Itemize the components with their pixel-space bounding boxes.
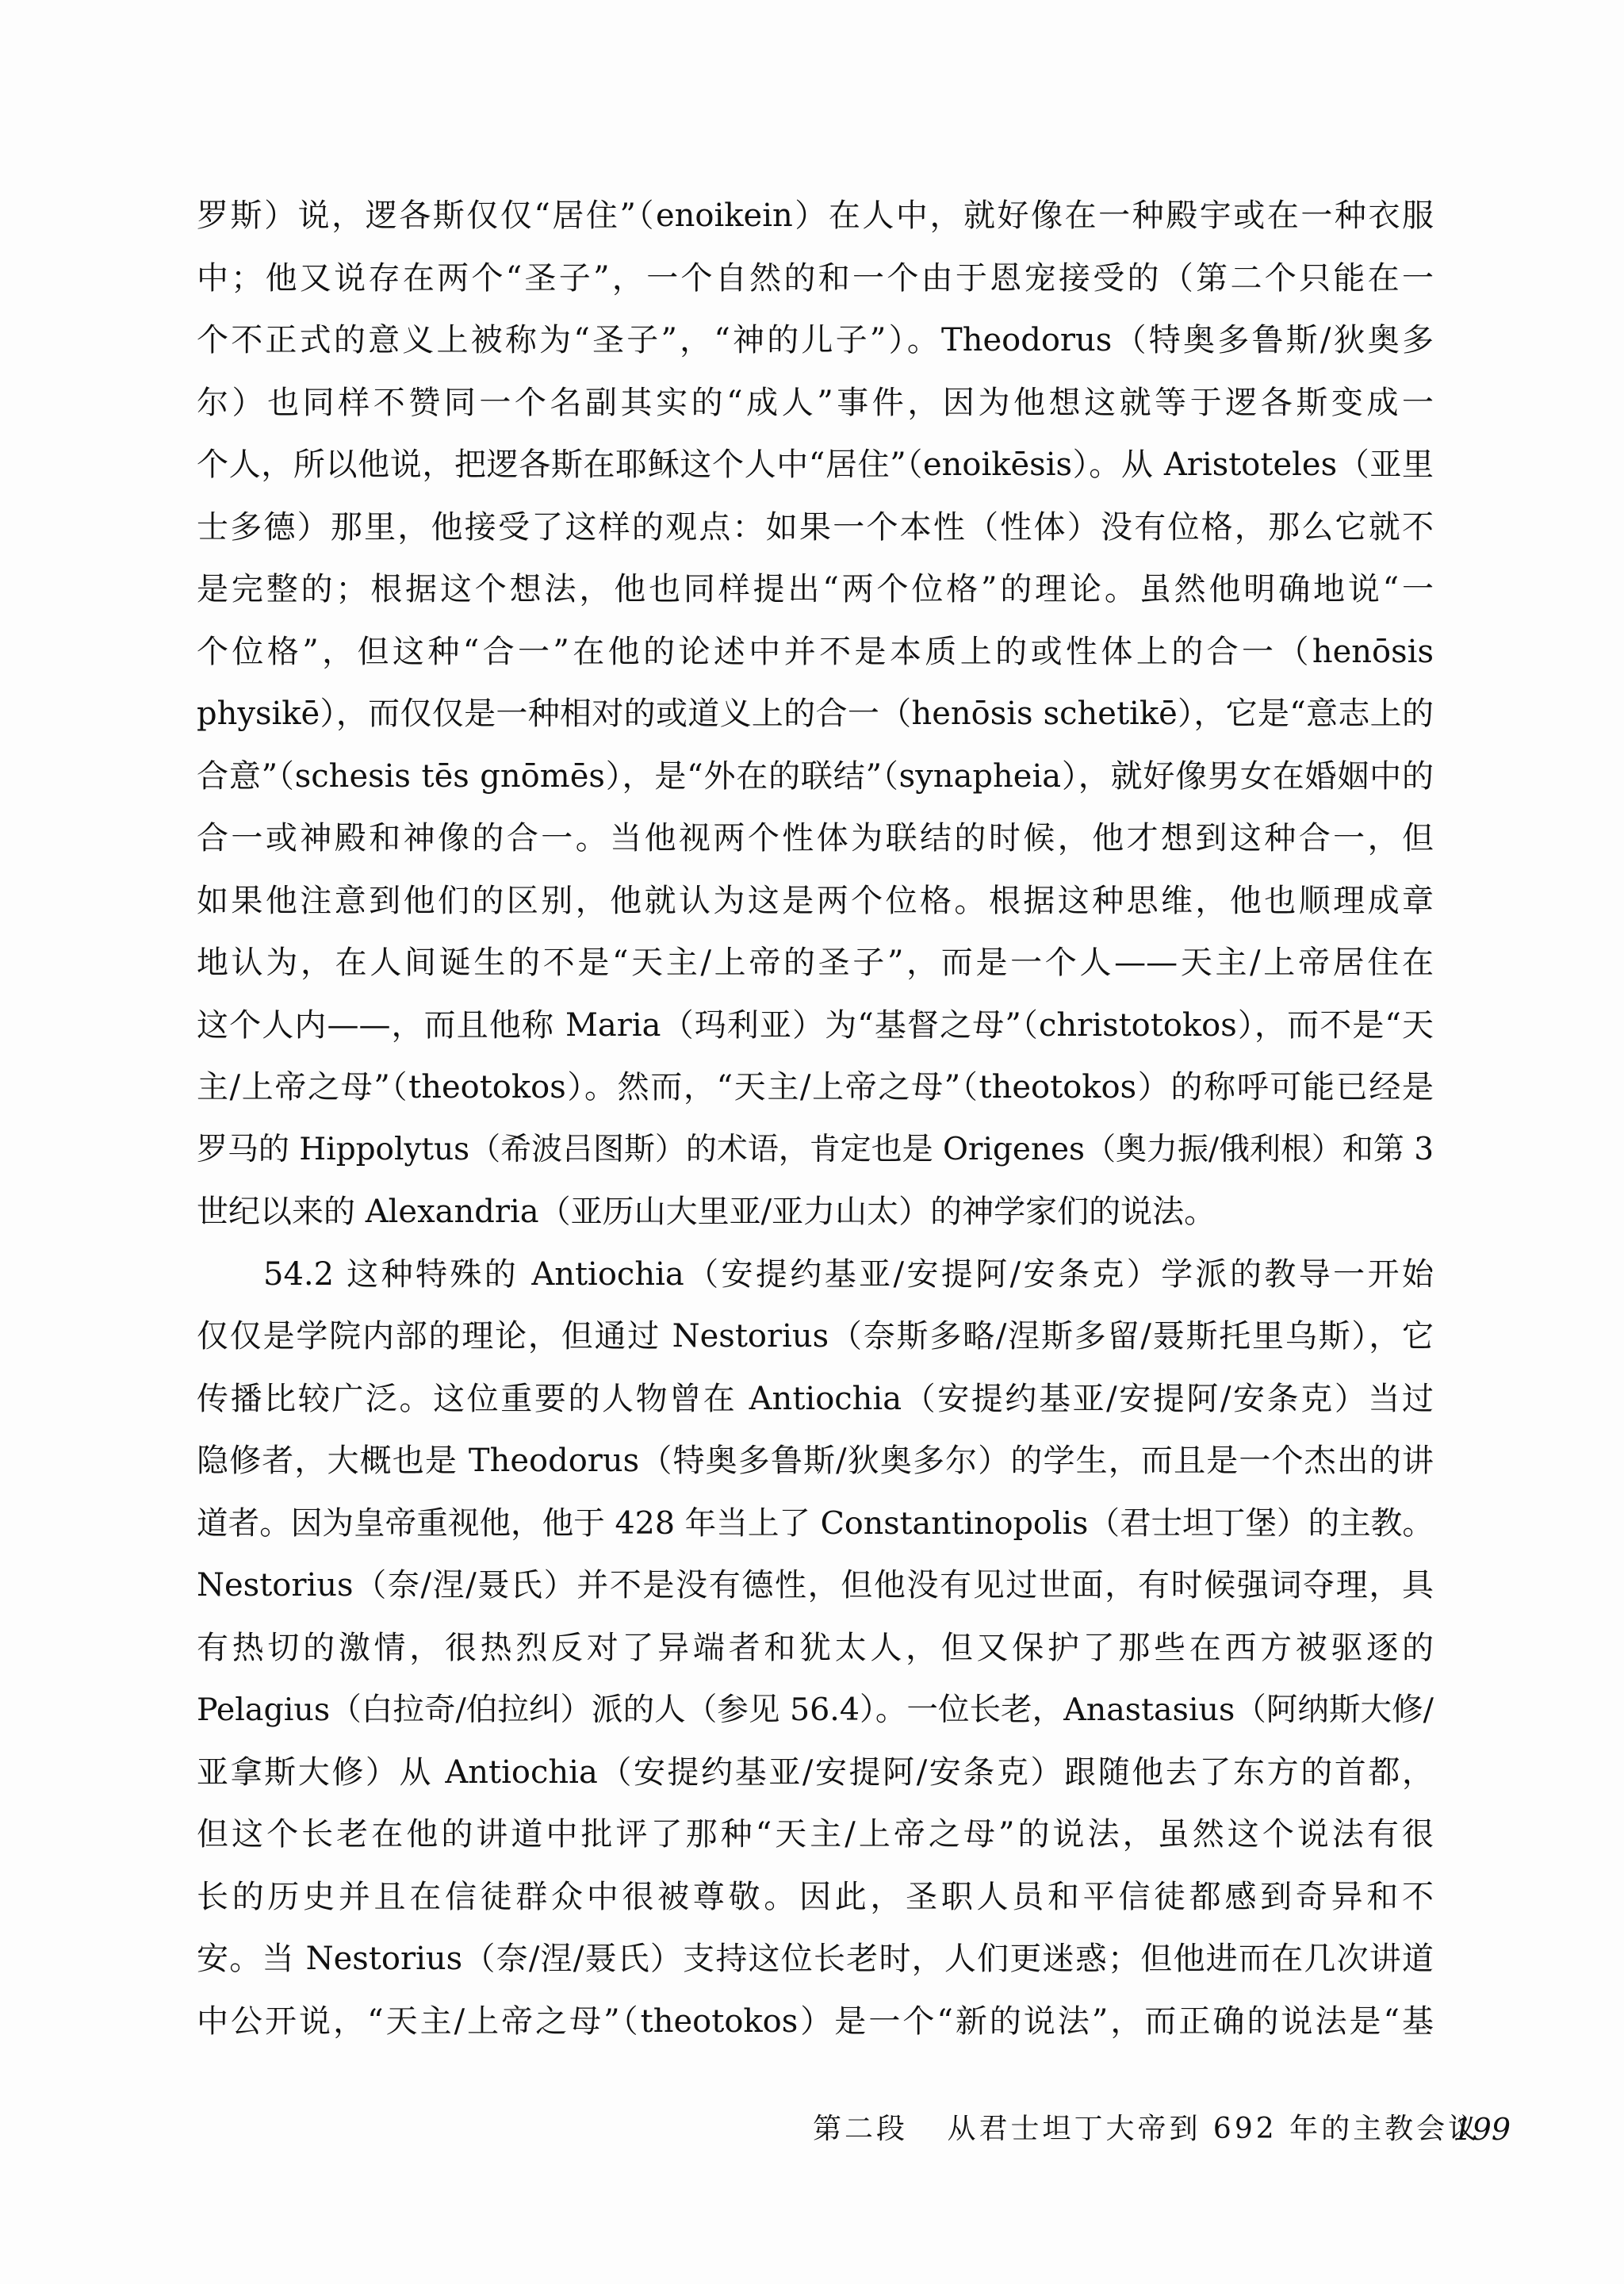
text-line: 这个人内——，而且他称 Maria（玛利亚）为“基督之母”（christotok…	[197, 994, 1434, 1057]
text-line: 但这个长老在他的讲道中批评了那种“天主/上帝之母”的说法，虽然这个说法有很	[197, 1803, 1434, 1866]
text-line: 中公开说，“天主/上帝之母”（theotokos）是一个“新的说法”，而正确的说…	[197, 1991, 1434, 2053]
text-line: 长的历史并且在信徒群众中很被尊敬。因此，圣职人员和平信徒都感到奇异和不	[197, 1866, 1434, 1929]
paragraph-continuation: 罗斯）说，逻各斯仅仅“居住”（enoikein）在人中，就好像在一种殿宇或在一种…	[197, 185, 1434, 1244]
text-line: 如果他注意到他们的区别，他就认为这是两个位格。根据这种思维，他也顺理成章	[197, 870, 1434, 933]
text-line: 是完整的；根据这个想法，他也同样提出“两个位格”的理论。虽然他明确地说“一	[197, 558, 1434, 621]
text-line: 传播比较广泛。这位重要的人物曾在 Antiochia（安提约基亚/安提阿/安条克…	[197, 1368, 1434, 1431]
text-line: 隐修者，大概也是 Theodorus（特奥多鲁斯/狄奥多尔）的学生，而且是一个杰…	[197, 1430, 1434, 1493]
text-line: 合一或神殿和神像的合一。当他视两个性体为联结的时候，他才想到这种合一，但	[197, 807, 1434, 870]
text-line: 罗斯）说，逻各斯仅仅“居住”（enoikein）在人中，就好像在一种殿宇或在一种…	[197, 185, 1434, 247]
text-line: 世纪以来的 Alexandria（亚历山大里亚/亚力山太）的神学家们的说法。	[197, 1181, 1434, 1244]
text-line: physikē），而仅仅是一种相对的或道义上的合一（henōsis scheti…	[197, 683, 1434, 745]
text-line: 尔）也同样不赞同一个名副其实的“成人”事件，因为他想这就等于逻各斯变成一	[197, 372, 1434, 435]
text-line: 个不正式的意义上被称为“圣子”，“神的儿子”）。Theodorus（特奥多鲁斯/…	[197, 309, 1434, 372]
text-line: 道者。因为皇帝重视他，他于 428 年当上了 Constantinopolis（…	[197, 1493, 1434, 1555]
text-line: 士多德）那里，他接受了这样的观点：如果一个本性（性体）没有位格，那么它就不	[197, 496, 1434, 559]
footer-chapter-title: 从君士坦丁大帝到 692 年的主教会议	[947, 2110, 1480, 2149]
text-line: Pelagius（白拉奇/伯拉纠）派的人（参见 56.4）。一位长老，Anast…	[197, 1679, 1434, 1742]
text-line: 个位格”，但这种“合一”在他的论述中并不是本质上的或性体上的合一（henōsis	[197, 621, 1434, 684]
text-line: 亚拿斯大修）从 Antiochia（安提约基亚/安提阿/安条克）跟随他去了东方的…	[197, 1742, 1434, 1804]
text-line: 个人，所以他说，把逻各斯在耶稣这个人中“居住”（enoikēsis）。从 Ari…	[197, 434, 1434, 496]
text-line: 有热切的激情，很热烈反对了异端者和犹太人，但又保护了那些在西方被驱逐的	[197, 1617, 1434, 1680]
text-line-section-start: 54.2 这种特殊的 Antiochia（安提约基亚/安提阿/安条克）学派的教导…	[197, 1244, 1434, 1306]
book-page: 罗斯）说，逻各斯仅仅“居住”（enoikein）在人中，就好像在一种殿宇或在一种…	[0, 0, 1624, 2284]
footer-section-label: 第二段	[813, 2110, 908, 2149]
text-line: 主/上帝之母”（theotokos）。然而，“天主/上帝之母”（theotoko…	[197, 1056, 1434, 1119]
text-line: 安。当 Nestorius（奈/涅/聂氏）支持这位长老时，人们更迷惑；但他进而在…	[197, 1928, 1434, 1991]
text-line: 罗马的 Hippolytus（希波吕图斯）的术语，肯定也是 Origenes（奥…	[197, 1119, 1434, 1182]
body-text: 罗斯）说，逻各斯仅仅“居住”（enoikein）在人中，就好像在一种殿宇或在一种…	[197, 185, 1434, 2052]
text-line: 仅仅是学院内部的理论，但通过 Nestorius（奈斯多略/涅斯多留/聂斯托里乌…	[197, 1305, 1434, 1368]
text-line: 地认为，在人间诞生的不是“天主/上帝的圣子”，而是一个人——天主/上帝居住在	[197, 932, 1434, 994]
page-footer: 第二段 从君士坦丁大帝到 692 年的主教会议 199	[813, 2110, 1511, 2149]
text-line: Nestorius（奈/涅/聂氏）并不是没有德性，但他没有见过世面，有时候强词夺…	[197, 1554, 1434, 1617]
text-line: 中；他又说存在两个“圣子”，一个自然的和一个由于恩宠接受的（第二个只能在一	[197, 247, 1434, 310]
text-line: 合意”（schesis tēs gnōmēs），是“外在的联结”（synaphe…	[197, 745, 1434, 808]
paragraph-54-2: 54.2 这种特殊的 Antiochia（安提约基亚/安提阿/安条克）学派的教导…	[197, 1244, 1434, 2053]
page-number: 199	[1453, 2110, 1511, 2149]
